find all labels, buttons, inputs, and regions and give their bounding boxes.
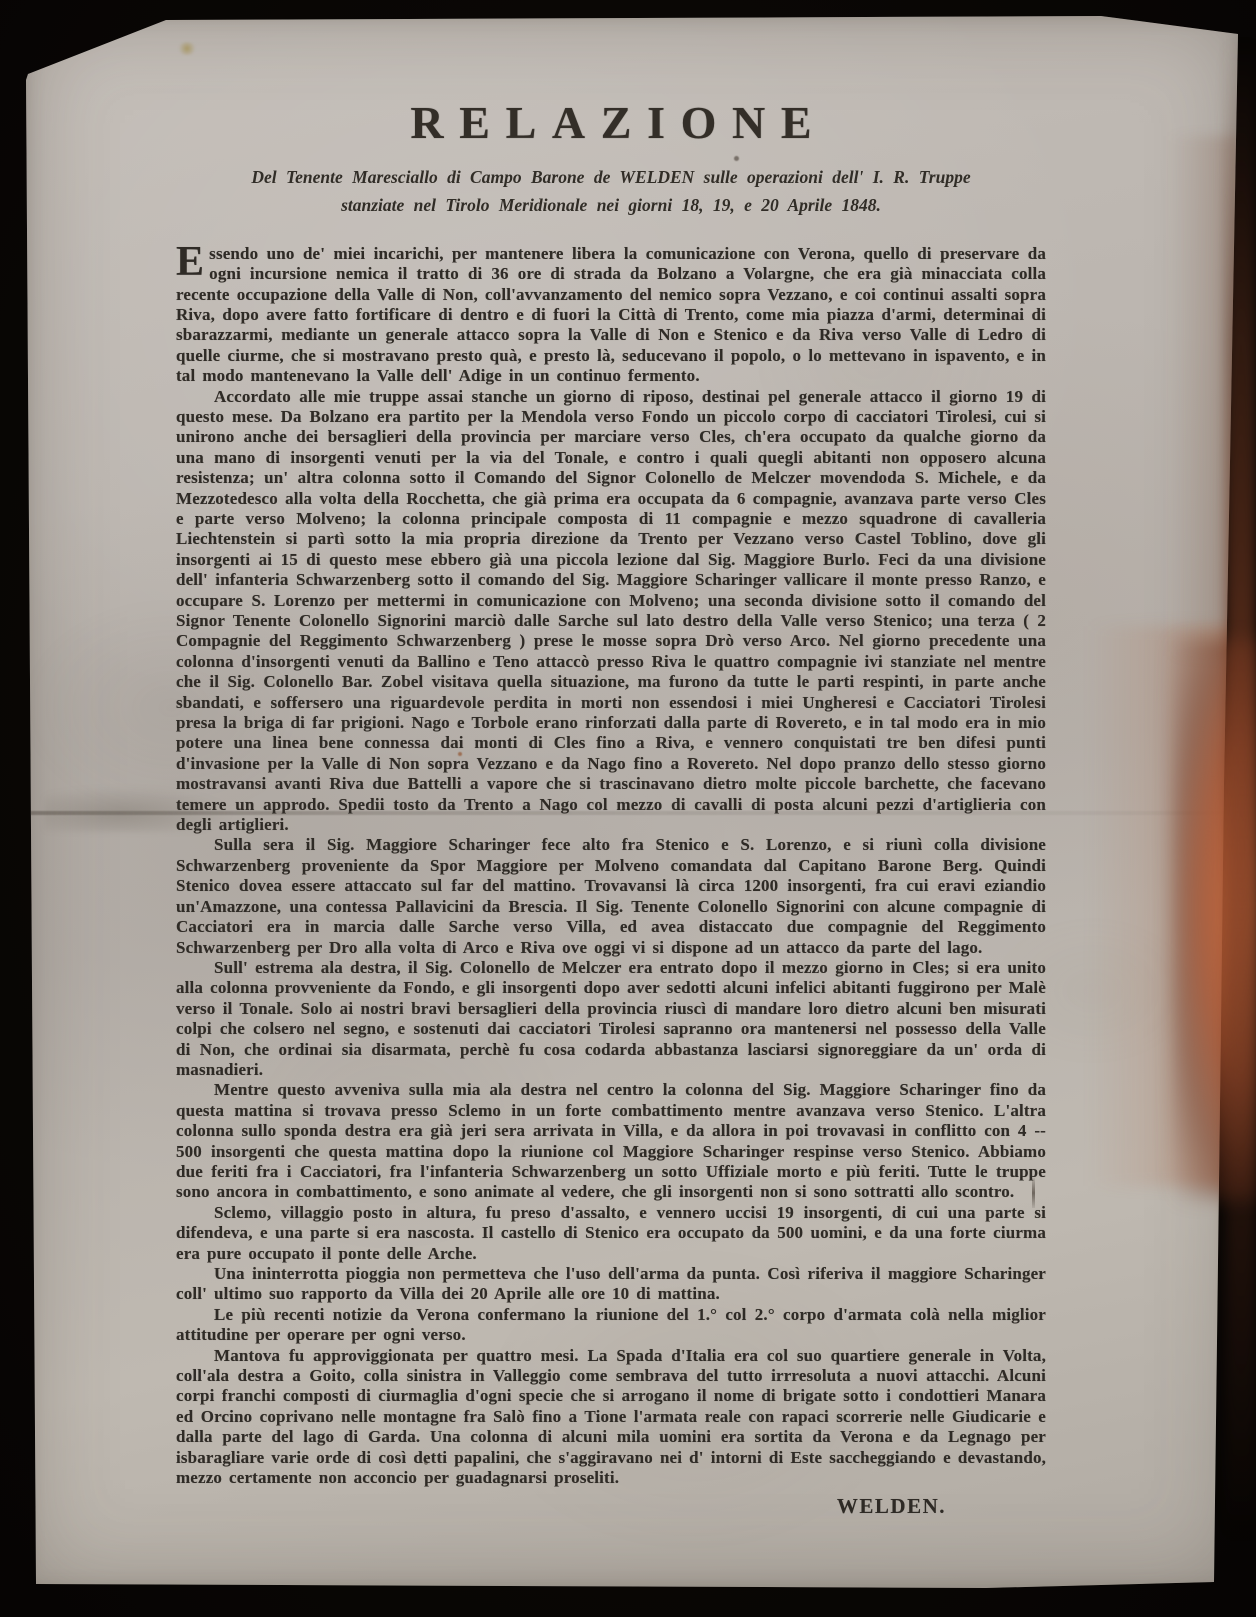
paragraph: Mantova fu approviggionata per quattro m… [176,1346,1046,1489]
subtitle-line-2: stanziate nel Tirolo Meridionale nei gio… [341,195,881,215]
document-title: RELAZIONE [176,96,1046,149]
signature: WELDEN. [176,1496,1046,1516]
paragraph: Sull' estrema ala destra, il Sig. Colone… [176,958,1046,1080]
paragraph: Una ininterrotta pioggia non permetteva … [176,1264,1046,1305]
paragraph: Essendo uno de' miei incarichi, per mant… [176,244,1046,387]
paragraph: Sulla sera il Sig. Maggiore Scharinger f… [176,835,1046,957]
document-subtitle: Del Tenente Maresciallo di Campo Barone … [176,163,1046,220]
subtitle-line-1: Del Tenente Maresciallo di Campo Barone … [251,167,970,187]
paragraph: Accordato alle mie truppe assai stanche … [176,387,1046,836]
paragraph: Sclemo, villaggio posto in altura, fu pr… [176,1203,1046,1264]
document-body: Essendo uno de' miei incarichi, per mant… [176,244,1046,1517]
photo-background: RELAZIONE Del Tenente Maresciallo di Cam… [0,0,1256,1617]
paragraph: Mentre questo avveniva sulla mia ala des… [176,1080,1046,1202]
paragraph: Le più recenti notizie da Verona conferm… [176,1305,1046,1346]
document-content: RELAZIONE Del Tenente Maresciallo di Cam… [26,16,1238,1517]
document-page: RELAZIONE Del Tenente Maresciallo di Cam… [26,16,1238,1588]
